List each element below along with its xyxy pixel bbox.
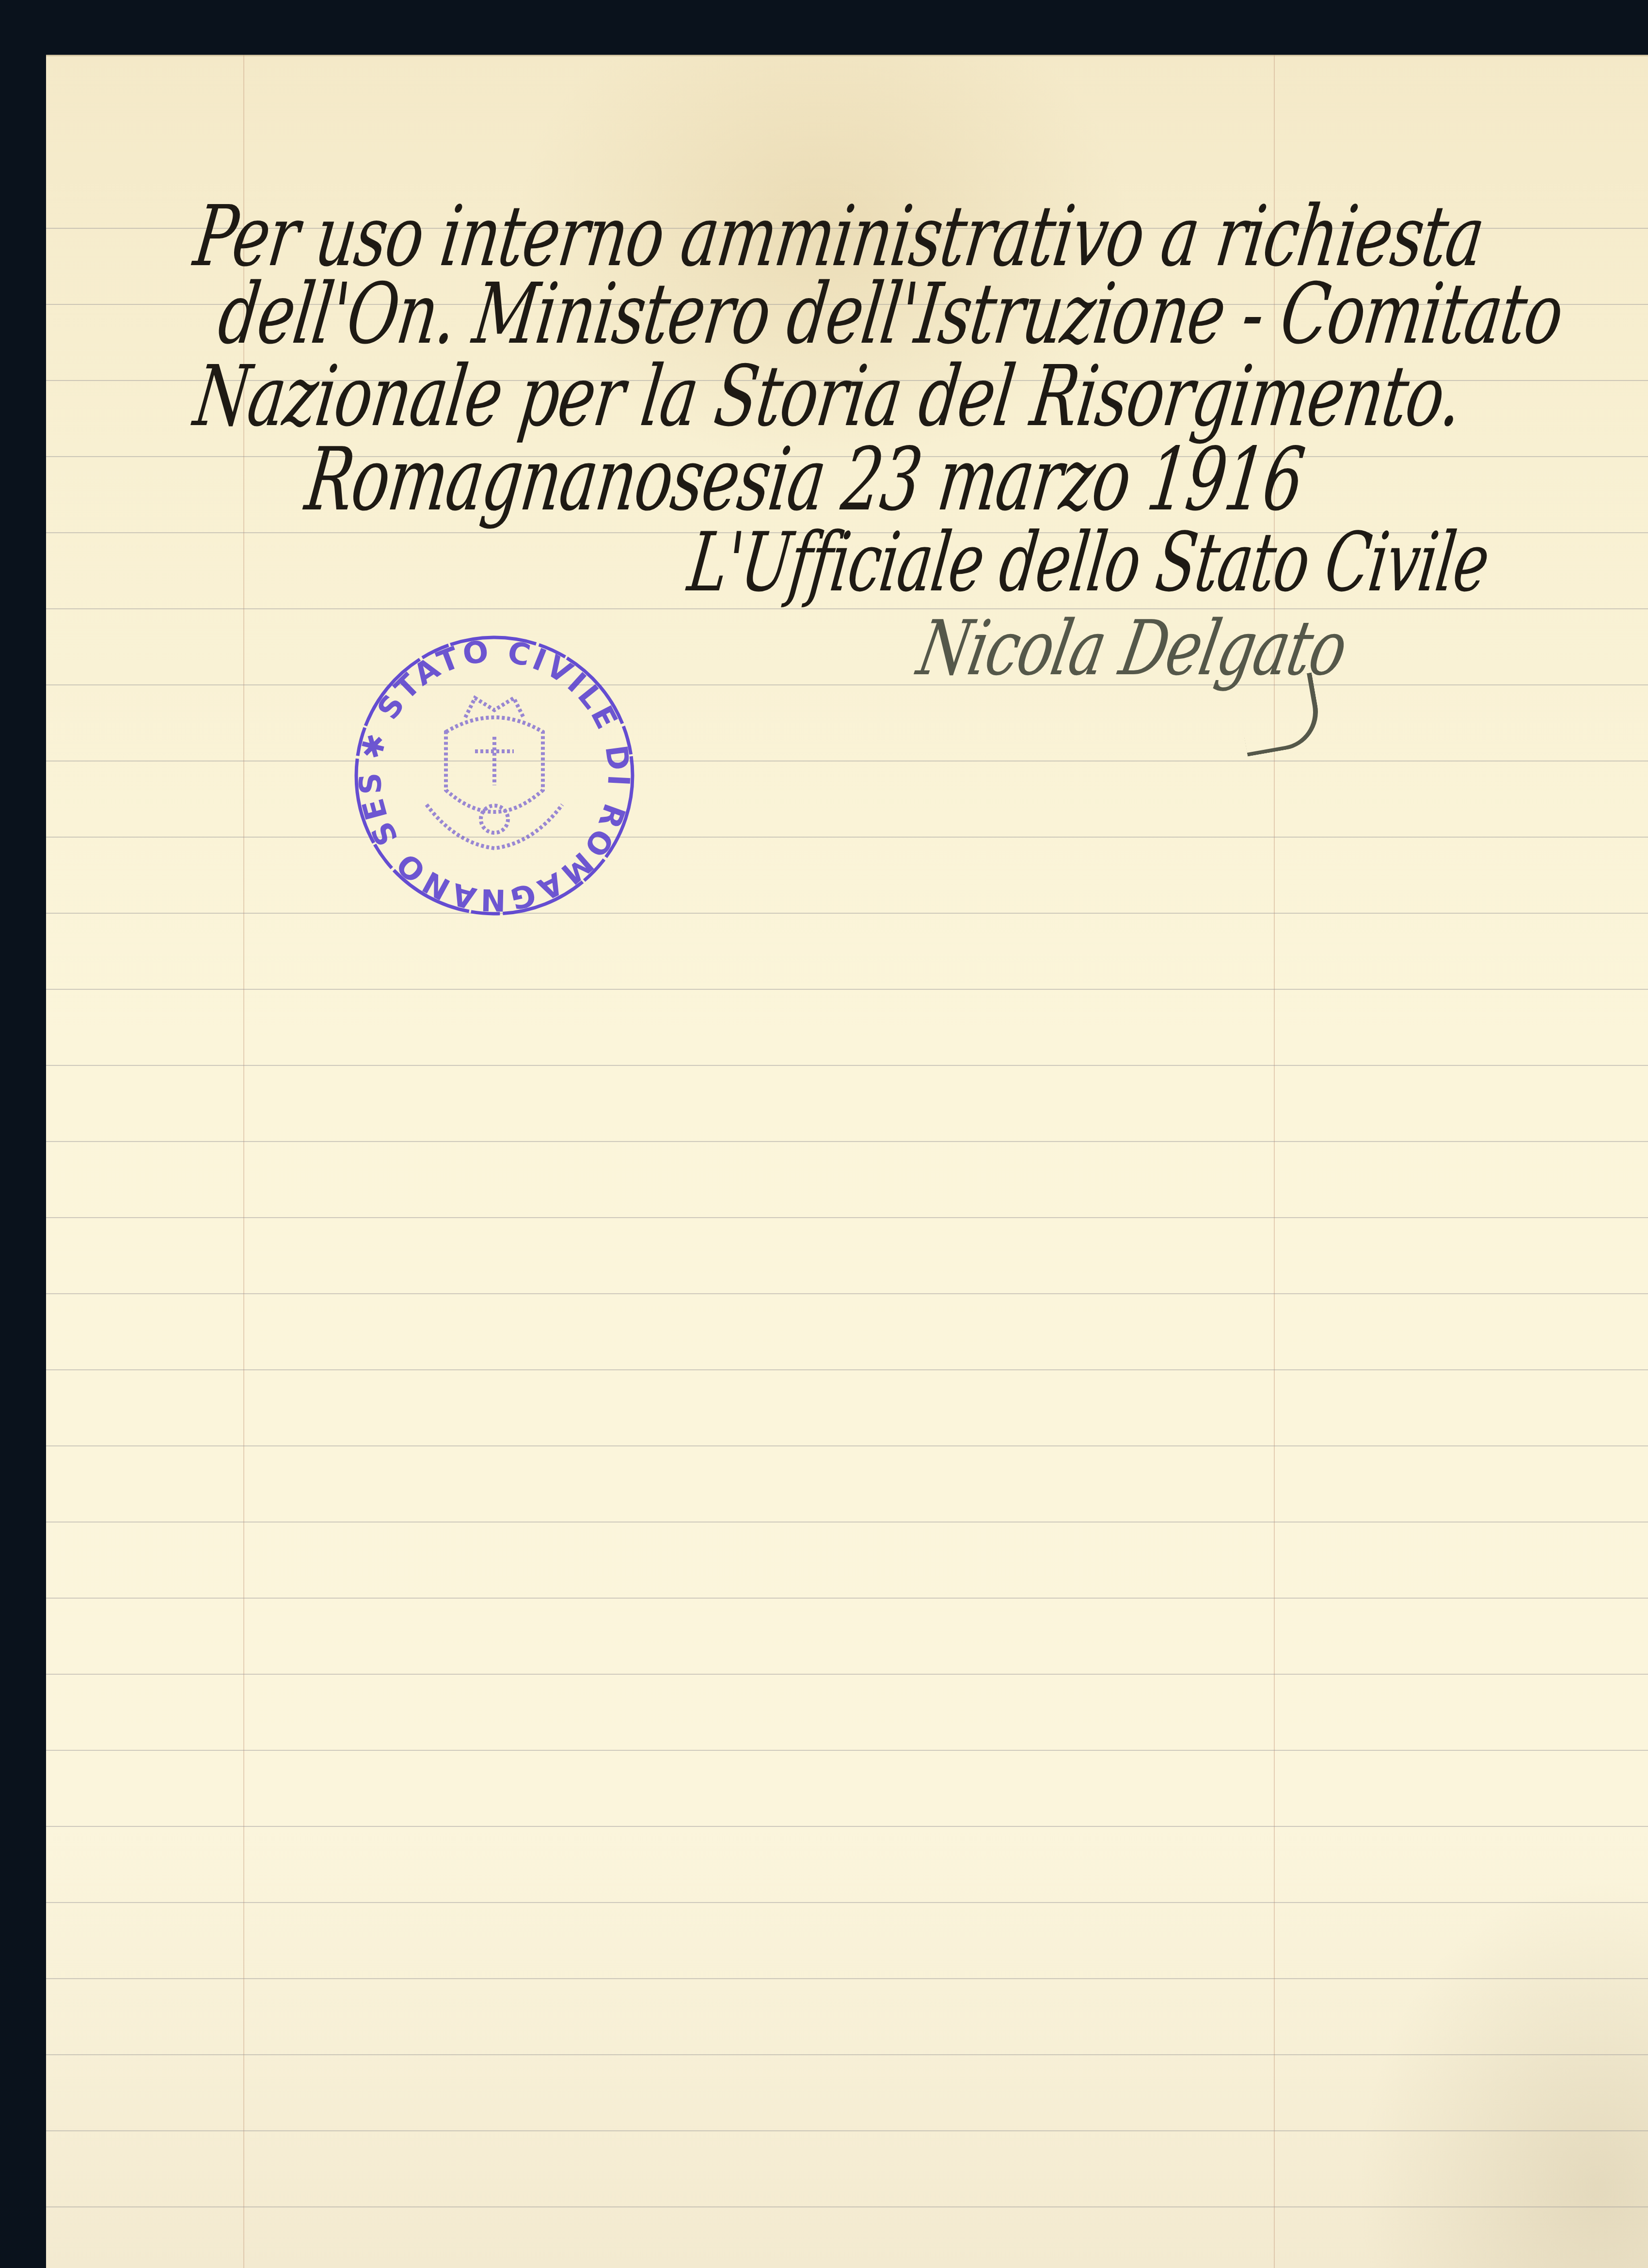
ruled-line — [46, 1217, 1648, 1218]
ruled-line — [46, 1598, 1648, 1599]
ruled-line — [46, 1902, 1648, 1903]
ruled-line — [46, 684, 1648, 685]
svg-text:✱ STATO CIVILE DI ROMAGNANO SE: ✱ STATO CIVILE DI ROMAGNANO SESIA ✱ — [349, 630, 637, 918]
ruled-line — [46, 1522, 1648, 1523]
civil-registry-stamp-icon: ✱ STATO CIVILE DI ROMAGNANO SESIA ✱ — [349, 630, 640, 921]
ruled-line — [46, 1369, 1648, 1370]
ruled-line — [46, 1445, 1648, 1446]
place-and-date-line: Romagnanosesia 23 marzo 1916 — [301, 429, 1309, 530]
ruled-line — [46, 913, 1648, 914]
ruled-line — [46, 761, 1648, 761]
ruled-line — [46, 989, 1648, 990]
stamp-text: ✱ STATO CIVILE DI ROMAGNANO SESIA ✱ — [349, 630, 637, 918]
ruled-line — [46, 2130, 1648, 2131]
ruled-line — [46, 1750, 1648, 1751]
ruled-line — [46, 2206, 1648, 2207]
ruled-line — [46, 1826, 1648, 1827]
ruled-line — [46, 837, 1648, 838]
ruled-line — [46, 1293, 1648, 1294]
ruled-line — [46, 1065, 1648, 1066]
coat-of-arms-icon — [427, 698, 562, 848]
ruled-line — [46, 1141, 1648, 1142]
official-title-line: L'Ufficiale dello Stato Civile — [683, 516, 1494, 610]
ruled-line — [46, 1674, 1648, 1675]
ruled-line — [46, 2054, 1648, 2055]
ruled-line — [46, 1978, 1648, 1979]
scanned-document: Per uso interno amministrativo a richies… — [0, 0, 1648, 2268]
